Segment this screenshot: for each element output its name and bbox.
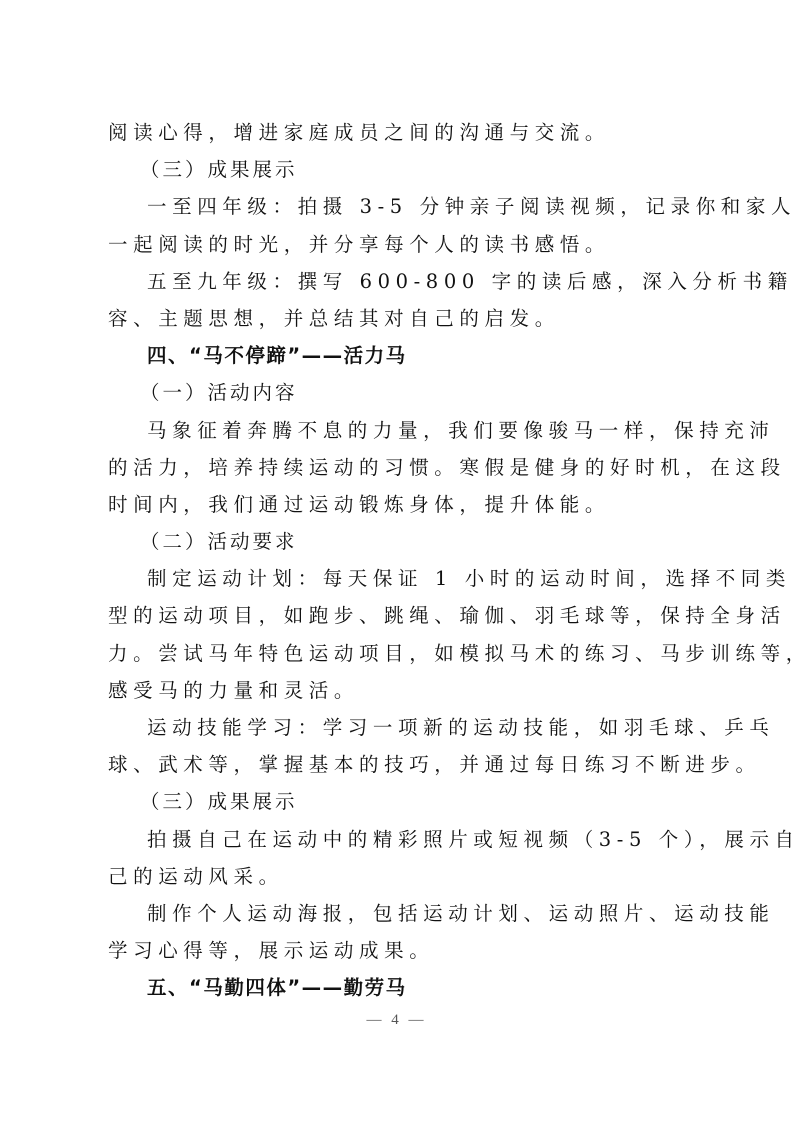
subsection-heading: （三）成果展示 xyxy=(108,783,692,820)
body-line: 力。尝试马年特色运动项目，如模拟马术的练习、马步训练等， xyxy=(108,635,692,672)
body-line: 一起阅读的时光，并分享每个人的读书感悟。 xyxy=(108,226,692,263)
body-line: 时间内，我们通过运动锻炼身体，提升体能。 xyxy=(108,486,692,523)
body-line: 阅读心得，增进家庭成员之间的沟通与交流。 xyxy=(108,114,692,151)
body-line: 球、武术等，掌握基本的技巧，并通过每日练习不断进步。 xyxy=(108,746,692,783)
body-line: 感受马的力量和灵活。 xyxy=(108,672,692,709)
body-line: 五至九年级：撰写 600-800 字的读后感，深入分析书籍内 xyxy=(108,263,692,300)
body-line: 容、主题思想，并总结其对自己的启发。 xyxy=(108,300,692,337)
section-heading: 四、“马不停蹄”——活力马 xyxy=(108,337,692,374)
body-line: 马象征着奔腾不息的力量，我们要像骏马一样，保持充沛 xyxy=(108,412,692,449)
body-line: 的活力，培养持续运动的习惯。寒假是健身的好时机，在这段 xyxy=(108,449,692,486)
document-page: 阅读心得，增进家庭成员之间的沟通与交流。 （三）成果展示 一至四年级：拍摄 3-… xyxy=(108,114,692,1007)
page-number: — 4 — xyxy=(0,1012,793,1029)
body-line: 制作个人运动海报，包括运动计划、运动照片、运动技能 xyxy=(108,895,692,932)
body-line: 拍摄自己在运动中的精彩照片或短视频（3-5 个），展示自 xyxy=(108,821,692,858)
body-line: 己的运动风采。 xyxy=(108,858,692,895)
body-line: 制定运动计划：每天保证 1 小时的运动时间，选择不同类 xyxy=(108,560,692,597)
section-heading: 五、“马勤四体”——勤劳马 xyxy=(108,969,692,1006)
body-line: 学习心得等，展示运动成果。 xyxy=(108,932,692,969)
body-line: 运动技能学习：学习一项新的运动技能，如羽毛球、乒乓 xyxy=(108,709,692,746)
body-line: 型的运动项目，如跑步、跳绳、瑜伽、羽毛球等，保持全身活 xyxy=(108,597,692,634)
body-line: 一至四年级：拍摄 3-5 分钟亲子阅读视频，记录你和家人 xyxy=(108,188,692,225)
subsection-heading: （三）成果展示 xyxy=(108,151,692,188)
subsection-heading: （二）活动要求 xyxy=(108,523,692,560)
subsection-heading: （一）活动内容 xyxy=(108,374,692,411)
